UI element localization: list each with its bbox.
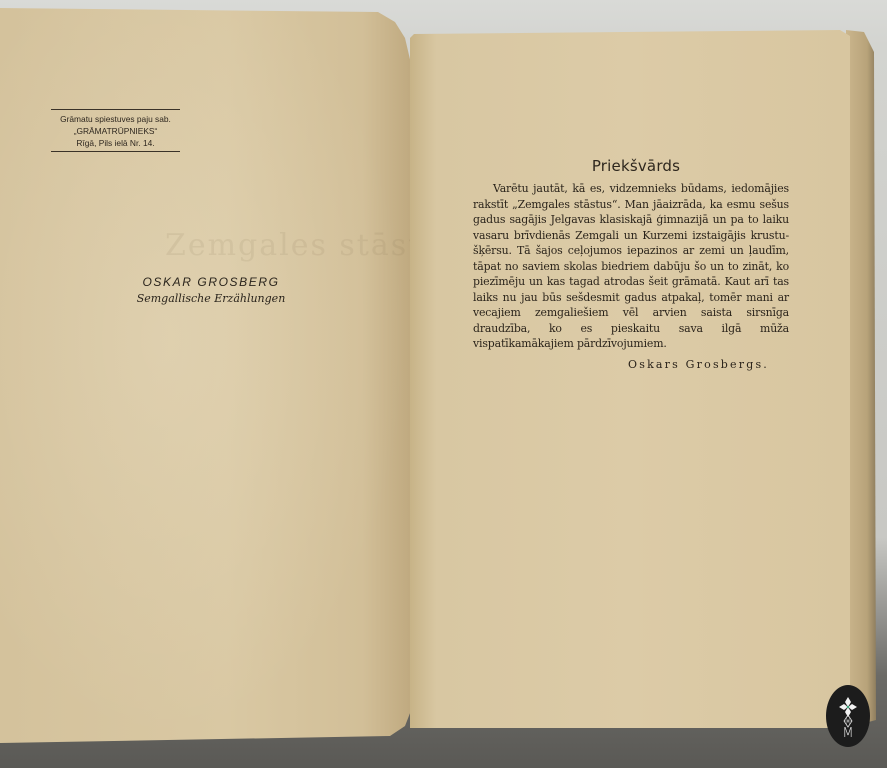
foreword: Priekšvārds Varētu jautāt, kā es, vidzem… <box>473 157 789 371</box>
author-name: OSKAR GROSBERG <box>126 274 296 291</box>
watermark-letter: M <box>826 726 870 741</box>
bleed-through-text: Zemgales stāsti <box>165 228 434 263</box>
page-stack-edge <box>846 30 876 730</box>
imprint-line-3: Rīgā, Pils ielā Nr. 14. <box>51 137 180 149</box>
imprint-line-2: „GRĀMATRŪPNIEKS“ <box>51 125 180 137</box>
author-block: OSKAR GROSBERG Semgallische Erzählungen <box>126 274 296 307</box>
foreword-title: Priekšvārds <box>483 157 789 175</box>
foreword-signature: Oskars Grosbergs. <box>473 358 789 371</box>
right-page <box>410 30 850 728</box>
printer-imprint: Grāmatu spiestuves paju sab. „GRĀMATRŪPN… <box>51 109 180 152</box>
imprint-line-1: Grāmatu spiestuves paju sab. <box>51 113 180 125</box>
watermark-logo: M <box>826 685 870 747</box>
foreword-body: Varētu jautāt, kā es, vidzemnieks būdams… <box>473 181 789 352</box>
book-subtitle: Semgallische Erzählungen <box>126 291 296 307</box>
